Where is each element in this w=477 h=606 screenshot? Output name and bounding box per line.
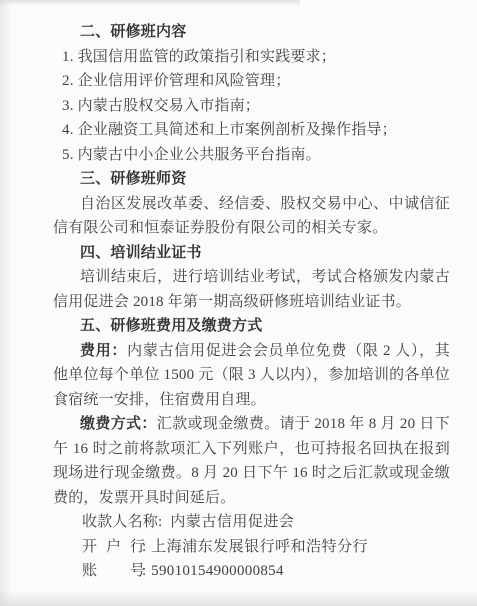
list-item-4: 4. 企业融资工具简述和上市案例剖析及操作指导； — [62, 118, 450, 143]
scanned-document-page: 二、研修班内容 1. 我国信用监管的政策指引和实践要求； 2. 企业信用评价管理… — [0, 0, 477, 606]
payee-value: 内蒙古信用促进会 — [170, 514, 294, 530]
certificate-paragraph: 培训结束后，进行培训结业考试，考试合格颁发内蒙古信用促进会 2018 年第一期高… — [53, 265, 450, 314]
section-heading-fees: 五、研修班费用及缴费方式 — [53, 314, 450, 339]
payment-method-paragraph: 缴费方式：汇款或现金缴费。请于 2018 年 8 月 20 日下午 16 时之前… — [53, 412, 450, 510]
payment-method-lead-label: 缴费方式： — [80, 416, 157, 432]
account-label: 账 号: — [82, 559, 143, 584]
list-item-5: 5. 内蒙古中小企业公共服务平台指南。 — [62, 143, 450, 168]
account-number-value: 59010154900000854 — [151, 563, 284, 579]
document-content: 二、研修班内容 1. 我国信用监管的政策指引和实践要求； 2. 企业信用评价管理… — [0, 0, 477, 584]
section-heading-faculty: 三、研修班师资 — [53, 167, 450, 192]
list-item-1: 1. 我国信用监管的政策指引和实践要求； — [62, 45, 450, 70]
bank-label: 开 户 行: — [82, 535, 143, 560]
bank-row: 开 户 行:上海浦东发展银行呼和浩特分行 — [82, 535, 450, 560]
payee-row: 收款人名称:内蒙古信用促进会 — [82, 510, 450, 535]
section-heading-certificate: 四、培训结业证书 — [53, 241, 450, 266]
list-item-2: 2. 企业信用评价管理和风险管理； — [62, 69, 450, 94]
payee-label: 收款人名称: — [82, 510, 162, 535]
account-row: 账 号:59010154900000854 — [82, 559, 450, 584]
section-heading-content: 二、研修班内容 — [53, 20, 450, 45]
list-item-3: 3. 内蒙古股权交易入市指南； — [62, 94, 450, 119]
fee-paragraph: 费用：内蒙古信用促进会会员单位免费（限 2 人），其他单位每个单位 1500 元… — [53, 339, 450, 413]
faculty-paragraph: 自治区发展改革委、经信委、股权交易中心、中诚信征信有限公司和恒泰证券股份有限公司… — [53, 192, 450, 241]
fee-lead-label: 费用： — [80, 343, 127, 359]
bank-value: 上海浦东发展银行呼和浩特分行 — [151, 539, 368, 555]
